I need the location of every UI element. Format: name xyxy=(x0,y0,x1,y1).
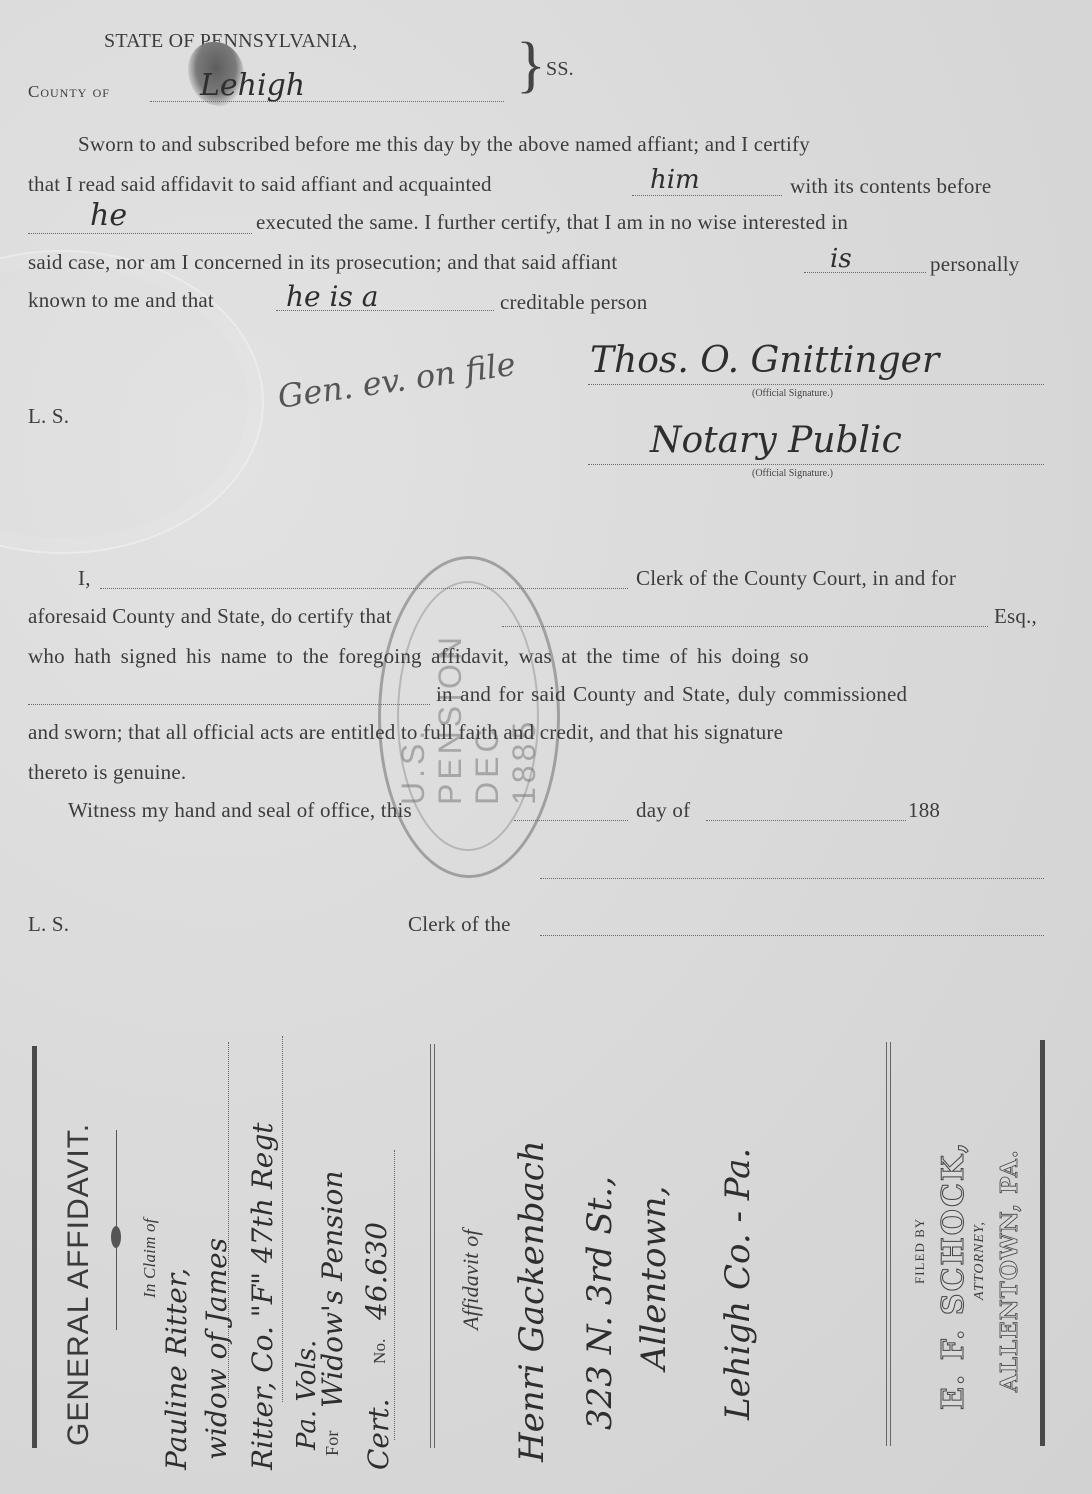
before-field-line xyxy=(28,233,252,234)
acquainted-value: him xyxy=(650,165,700,195)
witness-day-line xyxy=(514,820,628,821)
jurat-line-5a: known to me and that xyxy=(28,288,214,313)
clerk-line-4: in and for said County and State, duly c… xyxy=(436,682,907,707)
docket-divider-2a xyxy=(886,1042,887,1446)
received-stamp: U.S. PENSION DEC 1885 xyxy=(378,556,560,878)
ss-label: SS. xyxy=(546,58,574,81)
notary-title: Notary Public xyxy=(650,420,902,461)
clerk-line-3: who hath signed his name to the foregoin… xyxy=(28,644,809,669)
official-signature-caption: (Official Signature.) xyxy=(752,388,833,399)
affiant-line-3: Allentown, xyxy=(634,1186,674,1370)
jurat-line-5b: creditable person xyxy=(500,290,647,315)
jurat-line-2b: with its contents before xyxy=(790,174,991,199)
clerk-signature-line xyxy=(540,878,1044,879)
affiant-field-line xyxy=(804,272,926,273)
jurat-line-1: Sworn to and subscribed before me this d… xyxy=(78,132,810,157)
official-signature: Thos. O. Gnittinger xyxy=(590,340,939,381)
cert-prefix: Cert. xyxy=(362,1398,395,1470)
affidavit-of-label: Affidavit of xyxy=(458,1229,484,1330)
witness-line-a: Witness my hand and seal of office, this xyxy=(68,798,412,823)
jurat-line-4a: said case, nor am I concerned in its pro… xyxy=(28,250,617,275)
for-value: Widow's Pension xyxy=(316,1171,349,1408)
attorney-city: ALLENTOWN, PA. xyxy=(996,1149,1023,1392)
clerk-line-2a: aforesaid County and State, do certify t… xyxy=(28,604,392,629)
ls-label-2: L. S. xyxy=(28,912,69,937)
official-signature-line xyxy=(588,384,1044,385)
ornament-diamond-icon xyxy=(111,1226,121,1248)
clerk-name-line xyxy=(100,588,628,589)
affiant-line-1: Henri Gackenbach xyxy=(512,1140,552,1462)
witness-line-b: day of xyxy=(636,798,690,823)
docket-divider-1b xyxy=(434,1044,435,1448)
title-caption: (Official Signature.) xyxy=(752,468,833,479)
county-label: County of xyxy=(28,82,110,102)
attorney-title: ATTORNEY, xyxy=(972,1221,988,1300)
claimant-line-3: Ritter, Co. "F" 47th Regt xyxy=(246,1122,279,1470)
clerk-line-2b: Esq., xyxy=(994,604,1037,629)
cert-dotted-rule xyxy=(394,1150,395,1440)
affiant-line-2: 323 N. 3rd St., xyxy=(580,1176,620,1430)
before-value: he xyxy=(90,198,127,233)
jurat-line-4b: personally xyxy=(930,252,1019,277)
affiant-value: is xyxy=(830,244,852,274)
witness-year-prefix: 188 xyxy=(908,798,940,823)
affiant-line-4: Lehigh Co. - Pa. xyxy=(718,1148,758,1420)
acquainted-field-line xyxy=(632,195,782,196)
clerk-of-label: Clerk of the xyxy=(408,912,511,937)
clerk-line-5: and sworn; that all official acts are en… xyxy=(28,720,783,745)
docket-divider-1a xyxy=(430,1044,431,1448)
docket-left-rule xyxy=(32,1046,37,1448)
docket-right-rule xyxy=(1040,1040,1045,1446)
cert-number: 46.630 xyxy=(360,1222,393,1320)
docket-title: GENERAL AFFIDAVIT. xyxy=(62,1123,96,1446)
jurat-line-3: executed the same. I further certify, th… xyxy=(256,210,848,235)
filed-by-label: FILED BY xyxy=(912,1218,928,1284)
clerk-of-line xyxy=(540,935,1044,936)
clerk-line-1b: Clerk of the County Court, in and for xyxy=(636,566,956,591)
creditable-value: he is a xyxy=(286,280,378,313)
for-label: For xyxy=(322,1430,343,1456)
attorney-name: E. F. SCHOCK, xyxy=(936,1141,971,1410)
title-signature-line xyxy=(588,464,1044,465)
clerk-line-6: thereto is genuine. xyxy=(28,760,186,785)
witness-month-line xyxy=(706,820,906,821)
clerk-line-1a: I, xyxy=(78,566,91,591)
claimant-line-1: Pauline Ritter, xyxy=(160,1268,193,1470)
docket-divider-2b xyxy=(890,1042,891,1446)
claimant-line-2: widow of James xyxy=(200,1238,233,1460)
esquire-name-line xyxy=(502,626,988,627)
cert-no-label: No. xyxy=(370,1338,390,1364)
ls-label-1: L. S. xyxy=(28,404,69,429)
office-held-line xyxy=(28,704,430,705)
jurat-line-2a: that I read said affidavit to said affia… xyxy=(28,172,492,197)
brace-icon: } xyxy=(516,34,546,96)
in-claim-label: In Claim of xyxy=(140,1218,160,1298)
county-value: Lehigh xyxy=(200,68,305,103)
claim-dotted-rule-2 xyxy=(282,1036,283,1402)
